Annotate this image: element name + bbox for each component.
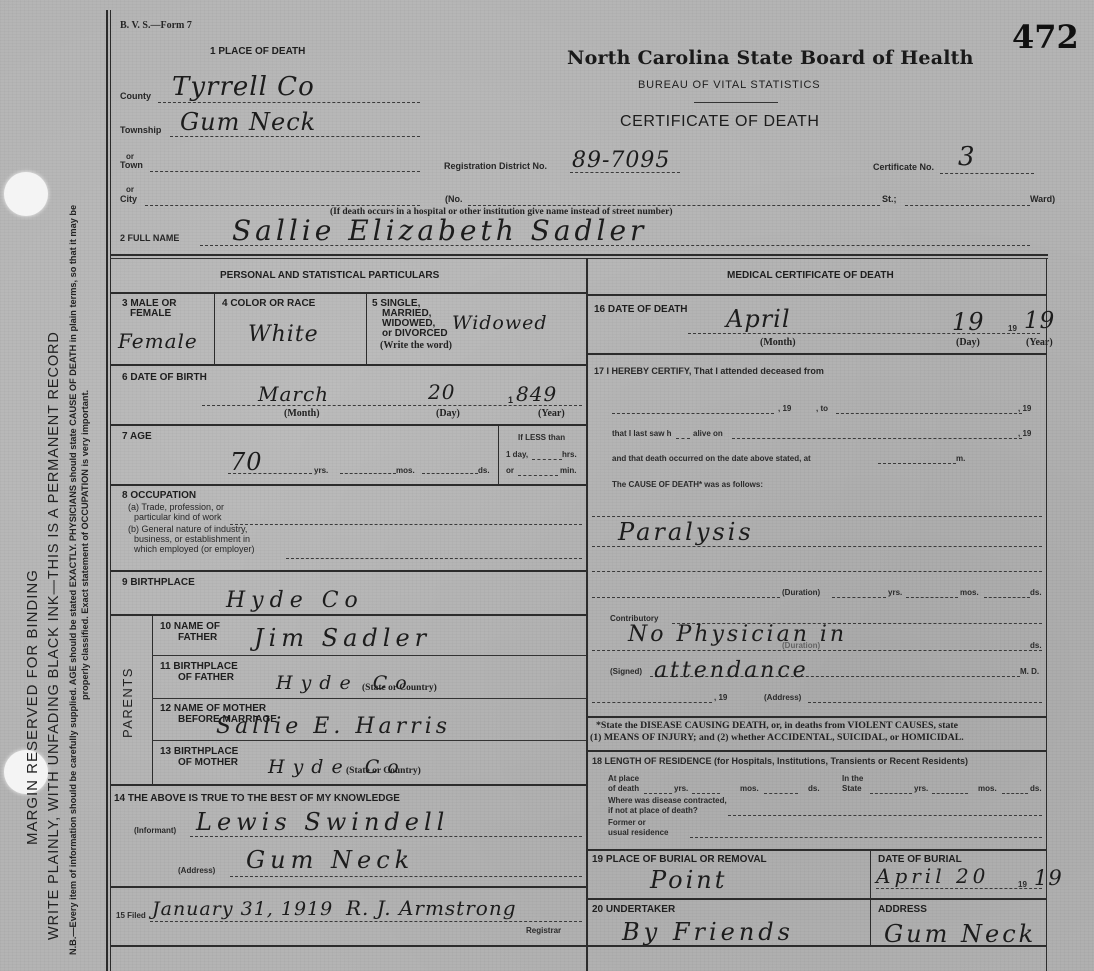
birthplace-label: 9 BIRTHPLACE (122, 578, 195, 589)
father-state-country: (State or Country) (362, 683, 437, 693)
column-divider (586, 258, 588, 971)
registrar-value: R. J. Armstrong (346, 896, 517, 920)
occupation-b-3: which employed (or employer) (134, 545, 255, 555)
hrs-line (532, 459, 562, 460)
registration-district-value: 89-7095 (572, 148, 670, 173)
bureau-title: BUREAU OF VITAL STATISTICS (638, 80, 820, 92)
contributory-duration-line (592, 650, 1042, 651)
death-occurred-label: and that death occurred on the date abov… (612, 454, 811, 463)
filed-value: January 31, 1919 (152, 898, 333, 920)
dob-year-prefix: 1 (508, 396, 513, 406)
duration-label: (Duration) (782, 588, 820, 597)
row-line-informant (110, 784, 586, 786)
town-label: Town (120, 161, 143, 171)
cause-value: Paralysis (618, 518, 754, 546)
dod-month-value: April (726, 305, 791, 333)
form-id: B. V. S.—Form 7 (120, 20, 192, 31)
header-divider (694, 102, 778, 103)
city-field-line (145, 205, 420, 206)
town-field-line (150, 171, 420, 172)
street-label: St.; (882, 195, 897, 205)
age-mos-label: mos. (396, 466, 415, 475)
burial-year-value: 19 (1034, 866, 1063, 890)
at-place-mos: mos. (740, 784, 759, 793)
physician-address-label: (Address) (764, 693, 801, 702)
state-mos-line (932, 793, 968, 794)
footnote-line-1: *State the DISEASE CAUSING DEATH, or, in… (596, 720, 958, 731)
row-line-age (110, 424, 586, 426)
informant-address-value: Gum Neck (246, 846, 414, 874)
mother-birthplace-label-1: 13 BIRTHPLACE (160, 747, 238, 758)
state-yrs-line (870, 793, 912, 794)
duration-ds-line (984, 597, 1030, 598)
township-field-line (170, 136, 420, 137)
father-label-2: FATHER (178, 633, 217, 644)
certificate-no-label: Certificate No. (873, 163, 934, 173)
undertaker-address-value: Gum Neck (884, 920, 1036, 948)
dod-year-prefix: 19 (1008, 324, 1017, 333)
duration-mos: mos. (960, 588, 979, 597)
alive-on-line (732, 438, 1022, 439)
informant-value: Lewis Swindell (196, 808, 449, 836)
binding-hole-top (4, 172, 48, 216)
dod-year-value: 19 (1024, 308, 1055, 334)
attended-from-year: , 19 (778, 404, 791, 413)
sex-label-2: FEMALE (130, 309, 171, 320)
township-label: Township (120, 126, 161, 136)
mother-label-1: 12 NAME OF MOTHER (160, 704, 266, 715)
death-time-m: m. (956, 454, 965, 463)
at-place-ds: ds. (808, 784, 820, 793)
signed-date-year: , 19 (714, 693, 727, 702)
attended-to-year: , 19 (1018, 404, 1031, 413)
certificate-no-value: 3 (958, 142, 976, 172)
burial-date-value: April 20 (876, 864, 989, 888)
attended-from-line (612, 413, 774, 414)
certificate-no-field-line (940, 173, 1034, 174)
cause-label: The CAUSE OF DEATH* was as follows: (612, 480, 763, 489)
margin-note-line1: N.B.—Every item of information should be… (68, 205, 78, 955)
informant-field-line (190, 836, 582, 837)
where-contracted-1: Where was disease contracted, (608, 796, 727, 805)
race-label: 4 COLOR OR RACE (222, 299, 315, 310)
row-line-bottom-right (588, 945, 1046, 947)
cause-line-3 (592, 571, 1042, 572)
alive-on-year: , 19 (1018, 429, 1031, 438)
sex-race-divider (214, 294, 215, 364)
row-line-father-bp (152, 655, 586, 656)
city-label: City (120, 195, 137, 205)
row-line-undertaker (588, 898, 1046, 900)
full-name-value: Sallie Elizabeth Sadler (232, 214, 647, 247)
death-certificate-page: MARGIN RESERVED FOR BINDING WRITE PLAINL… (0, 0, 1094, 971)
dod-month-caption: (Month) (760, 337, 796, 348)
age-label: 7 AGE (122, 432, 152, 443)
age-mos-line (340, 473, 396, 474)
row-line-dob (110, 364, 586, 366)
county-label: County (120, 92, 151, 102)
former-residence-2: usual residence (608, 828, 668, 837)
occupation-b-line (286, 558, 582, 559)
row-line-certify (588, 353, 1046, 355)
filed-label: 15 Filed (116, 911, 146, 920)
row-line-parents (110, 614, 586, 616)
age-less-divider (498, 426, 499, 484)
in-the-2: State (842, 784, 862, 793)
occupation-a-2: particular kind of work (134, 513, 222, 523)
board-title: North Carolina State Board of Health (567, 47, 974, 69)
dob-day-caption: (Day) (436, 408, 460, 419)
table-top-line-2 (110, 258, 1048, 259)
min-line (518, 475, 558, 476)
age-ds-line (422, 473, 478, 474)
dob-day-value: 20 (428, 380, 455, 404)
burial-place-label: 19 PLACE OF BURIAL OR REMOVAL (592, 855, 767, 866)
md-label: M. D. (1020, 667, 1039, 676)
alive-on-label: alive on (693, 429, 723, 438)
attended-to-line (836, 413, 1022, 414)
street-no-label: (No. (445, 195, 463, 205)
signed-value: attendance (654, 658, 809, 683)
full-name-label: 2 FULL NAME (120, 234, 179, 244)
less-than-label: If LESS than (518, 433, 565, 442)
row-line-bottom-left (110, 945, 586, 947)
death-time-line (878, 463, 956, 464)
filed-field-line (150, 921, 582, 922)
undertaker-label: 20 UNDERTAKER (592, 905, 675, 916)
county-value: Tyrrell Co (172, 72, 315, 102)
duration-mos-line (906, 597, 958, 598)
sex-value: Female (118, 329, 198, 353)
undertaker-address-label: ADDRESS (878, 905, 927, 916)
duration-line-pre (592, 597, 780, 598)
parents-divider (152, 616, 153, 784)
marital-label-4: or DIVORCED (382, 329, 448, 340)
row-line-mother (152, 698, 586, 699)
race-value: White (248, 322, 319, 347)
row-line-residence (588, 750, 1046, 752)
mother-value: Sallie E. Harris (216, 714, 451, 739)
attended-to-label: , to (816, 404, 828, 413)
parents-label: PARENTS (120, 667, 135, 738)
age-ds-label: ds. (478, 466, 490, 475)
hrs-label: hrs. (562, 450, 577, 459)
page-number: 472 (1012, 18, 1079, 56)
dod-day-value: 19 (952, 308, 985, 336)
personal-header-line (110, 292, 586, 294)
contributory-duration-label: (Duration) (782, 641, 820, 650)
frame-left-line-inner (110, 10, 111, 971)
footnote-line-2: (1) MEANS OF INJURY; and (2) whether ACC… (590, 732, 964, 743)
dob-month-value: March (258, 382, 329, 406)
marital-value: Widowed (452, 312, 548, 334)
row-line-birthplace (110, 570, 586, 572)
state-ds: ds. (1030, 784, 1042, 793)
occupation-label: 8 OCCUPATION (122, 491, 196, 502)
dod-field-line (688, 333, 1040, 334)
informant-title: 14 THE ABOVE IS TRUE TO THE BEST OF MY K… (114, 794, 400, 805)
or-label-city: or (126, 185, 134, 194)
dob-year-value: 849 (516, 382, 557, 406)
age-yrs-label: yrs. (314, 466, 328, 475)
father-birthplace-label-1: 11 BIRTHPLACE (160, 662, 238, 673)
personal-section-title: PERSONAL AND STATISTICAL PARTICULARS (220, 271, 439, 282)
ward-label: Ward) (1030, 195, 1055, 205)
row-line-mother-bp (152, 740, 586, 741)
certify-label: 17 I HEREBY CERTIFY, That I attended dec… (594, 367, 824, 377)
table-top-line (110, 254, 1048, 256)
certificate-title: CERTIFICATE OF DEATH (620, 113, 820, 131)
mother-birthplace-label-2: OF MOTHER (178, 758, 238, 769)
father-label-1: 10 NAME OF (160, 622, 220, 633)
registrar-label: Registrar (526, 926, 561, 935)
cause-line-1 (592, 516, 1042, 517)
at-place-2: of death (608, 784, 639, 793)
state-ds-line (1002, 793, 1028, 794)
age-value: 70 (230, 448, 263, 476)
informant-label: (Informant) (134, 826, 176, 835)
county-field-line (158, 102, 420, 103)
state-mos: mos. (978, 784, 997, 793)
dob-label: 6 DATE OF BIRTH (122, 373, 207, 384)
frame-left-line (106, 10, 108, 971)
where-contracted-line (728, 815, 1042, 816)
physician-address-line (808, 702, 1042, 703)
informant-address-line (230, 876, 582, 877)
duration-yrs: yrs. (888, 588, 902, 597)
row-line-burial (588, 849, 1046, 851)
row-line-filed (110, 886, 586, 888)
medical-section-title: MEDICAL CERTIFICATE OF DEATH (727, 271, 894, 282)
contributory-ds: ds. (1030, 641, 1042, 650)
date-of-death-label: 16 DATE OF DEATH (594, 305, 688, 316)
informant-address-label: (Address) (178, 866, 215, 875)
occupation-a-line (230, 524, 582, 525)
father-birthplace-label-2: OF FATHER (178, 673, 234, 684)
at-place-mos-line (692, 793, 720, 794)
signed-date-line (592, 702, 712, 703)
at-place-yrs: yrs. (674, 784, 688, 793)
township-value: Gum Neck (180, 108, 316, 136)
ward-field-line (905, 205, 1030, 206)
in-the-1: In the (842, 774, 863, 783)
former-residence-line (690, 837, 1042, 838)
undertaker-value: By Friends (622, 918, 794, 946)
dob-year-caption: (Year) (538, 408, 565, 419)
street-field-line (468, 205, 880, 206)
margin-reserved-text: MARGIN RESERVED FOR BINDING (24, 569, 41, 845)
signed-label: (Signed) (610, 667, 642, 676)
row-line-occupation (110, 484, 586, 486)
dod-day-caption: (Day) (956, 337, 980, 348)
at-place-1: At place (608, 774, 639, 783)
residence-label: 18 LENGTH OF RESIDENCE (for Hospitals, I… (592, 757, 968, 767)
last-saw-label: that I last saw h (612, 429, 672, 438)
burial-date-line (876, 888, 1042, 889)
duration-yrs-line (832, 597, 886, 598)
one-day-label: 1 day, (506, 450, 528, 459)
at-place-ds-line (764, 793, 798, 794)
row-line-footnote (588, 716, 1046, 718)
marital-label-5: (Write the word) (380, 340, 452, 351)
cause-line-2 (592, 546, 1042, 547)
or-label: or (506, 466, 514, 475)
where-contracted-2: if not at place of death? (608, 806, 698, 815)
burial-place-value: Point (650, 866, 727, 894)
former-residence-1: Former or (608, 818, 646, 827)
birthplace-value: Hyde Co (226, 588, 364, 613)
margin-note-line2: properly classified. Exact statement of … (80, 390, 90, 700)
at-place-yrs-line (644, 793, 672, 794)
registration-district-label: Registration District No. (444, 162, 547, 172)
margin-write-plainly-text: WRITE PLAINLY, WITH UNFADING BLACK INK—T… (46, 331, 62, 940)
dob-month-caption: (Month) (284, 408, 320, 419)
race-marital-divider (366, 294, 367, 364)
duration-ds: ds. (1030, 588, 1042, 597)
last-saw-h-line (676, 438, 690, 439)
medical-header-line (588, 294, 1046, 296)
state-yrs: yrs. (914, 784, 928, 793)
father-value: Jim Sadler (254, 624, 431, 652)
place-of-death-label: 1 PLACE OF DEATH (210, 47, 305, 58)
table-right-line (1046, 258, 1047, 971)
mother-state-country: (State or Country) (346, 766, 421, 776)
min-label: min. (560, 466, 576, 475)
dod-year-caption: (Year) (1026, 337, 1053, 348)
